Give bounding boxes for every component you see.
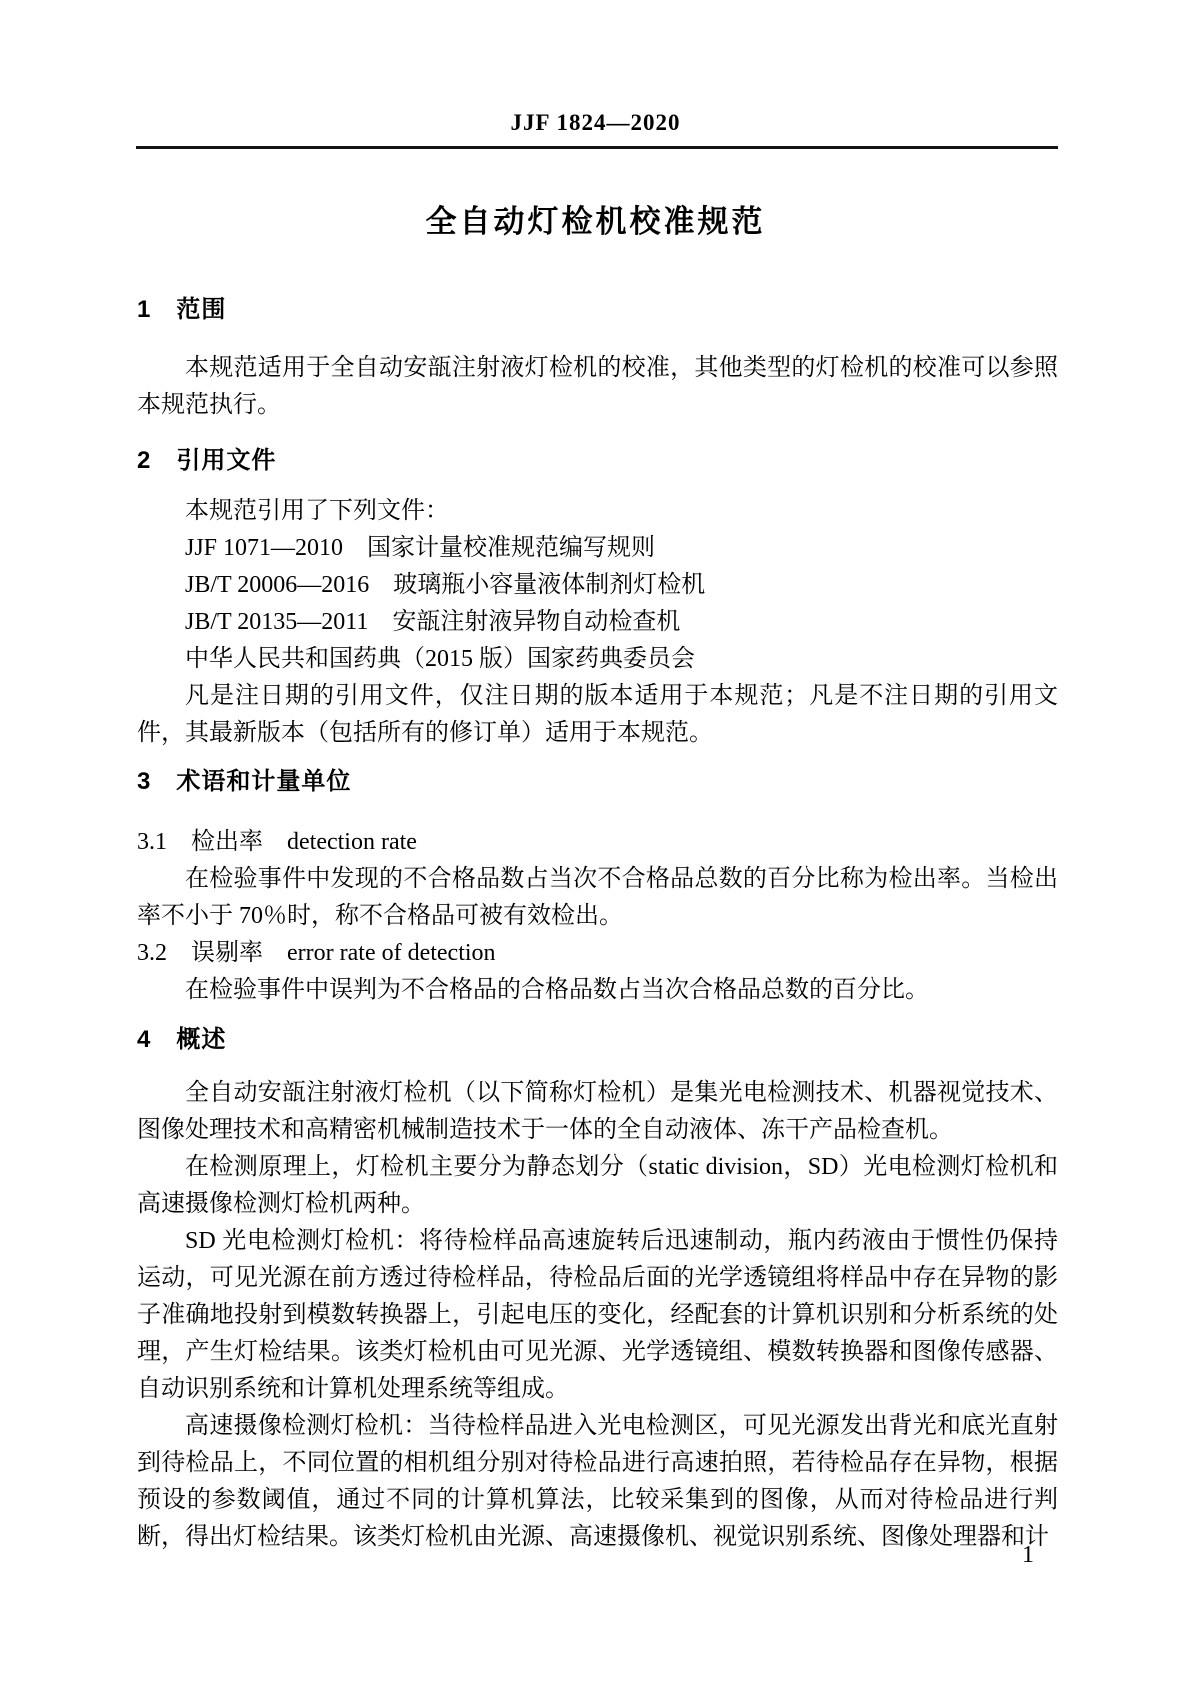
section-2-references-heading: 2 引用文件	[137, 446, 1058, 476]
reference-item: JB/T 20135—2011 安瓿注射液异物自动检查机	[137, 604, 1058, 641]
term-label: 3.1 检出率 detection rate	[137, 824, 1058, 861]
page-number: 1	[1022, 1540, 1034, 1570]
reference-item: 中华人民共和国药典（2015 版）国家药典委员会	[137, 641, 1058, 678]
section-1-scope-heading: 1 范围	[137, 295, 1058, 325]
references-note: 凡是注日期的引用文件，仅注日期的版本适用于本规范；凡是不注日期的引用文件，其最新…	[137, 678, 1058, 752]
section-4-overview-heading: 4 概述	[137, 1025, 1058, 1055]
term-definition: 在检验事件中发现的不合格品数占当次不合格品总数的百分比称为检出率。当检出率不小于…	[137, 861, 1058, 935]
references-intro: 本规范引用了下列文件：	[137, 493, 1058, 530]
document-title: 全自动灯检机校准规范	[0, 196, 1191, 241]
header-rule	[136, 146, 1058, 149]
overview-paragraph: 在检测原理上，灯检机主要分为静态划分（static division，SD）光电…	[137, 1149, 1058, 1223]
reference-item: JJF 1071—2010 国家计量校准规范编写规则	[137, 530, 1058, 567]
document-page: JJF 1824—2020 全自动灯检机校准规范 1 范围 本规范适用于全自动安…	[0, 0, 1191, 1684]
overview-paragraph: SD 光电检测灯检机：将待检样品高速旋转后迅速制动，瓶内药液由于惯性仍保持运动，…	[137, 1223, 1058, 1408]
overview-paragraph: 全自动安瓿注射液灯检机（以下简称灯检机）是集光电检测技术、机器视觉技术、图像处理…	[137, 1075, 1058, 1149]
document-code: JJF 1824—2020	[0, 110, 1191, 136]
overview-paragraph: 高速摄像检测灯检机：当待检样品进入光电检测区，可见光源发出背光和底光直射到待检品…	[137, 1408, 1058, 1556]
reference-item: JB/T 20006—2016 玻璃瓶小容量液体制剂灯检机	[137, 567, 1058, 604]
scope-paragraph: 本规范适用于全自动安瓿注射液灯检机的校准，其他类型的灯检机的校准可以参照本规范执…	[137, 350, 1058, 424]
section-3-terms-heading: 3 术语和计量单位	[137, 767, 1058, 797]
term-definition: 在检验事件中误判为不合格品的合格品数占当次合格品总数的百分比。	[137, 972, 1058, 1009]
term-label: 3.2 误剔率 error rate of detection	[137, 935, 1058, 972]
document-body: 1 范围 本规范适用于全自动安瓿注射液灯检机的校准，其他类型的灯检机的校准可以参…	[137, 288, 1058, 1556]
